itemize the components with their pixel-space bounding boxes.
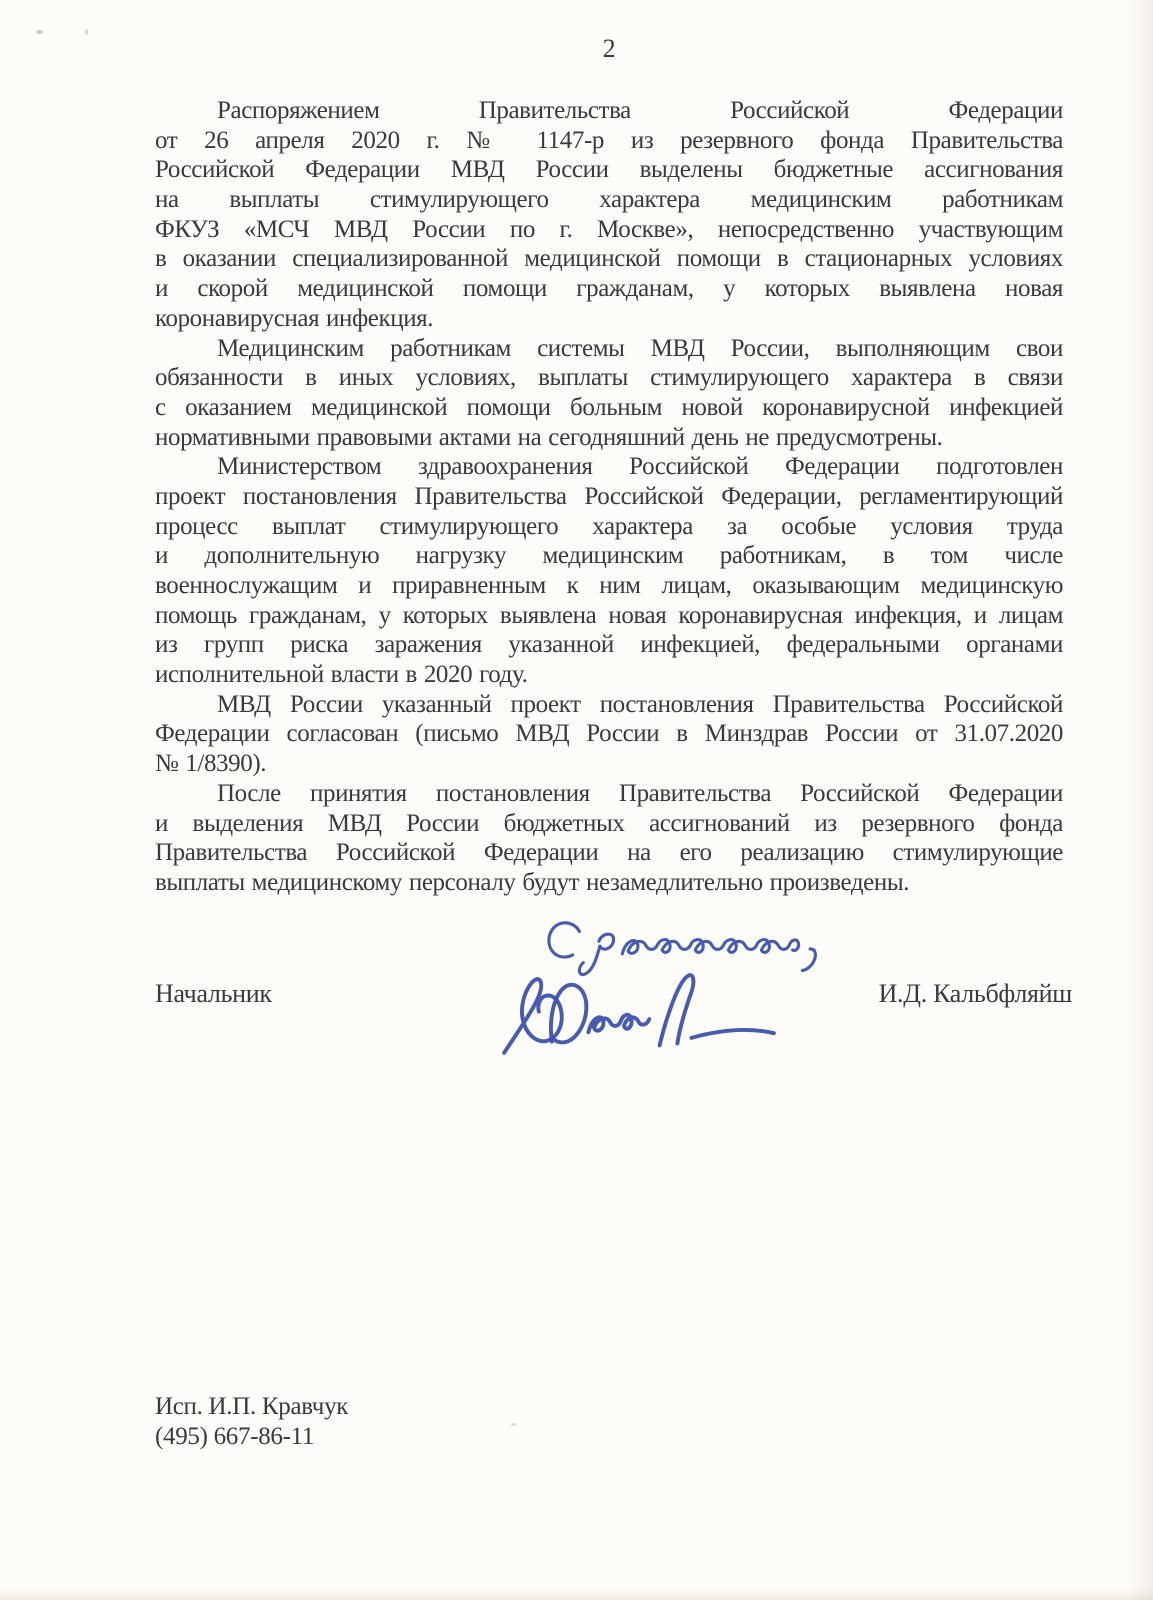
scan-speck [36, 30, 43, 34]
body-line: коронавирусная инфекция. [155, 304, 1063, 334]
body-line: Российской Федерации МВД России выделены… [155, 155, 1063, 185]
body-line: МВД России указанный проект постановлени… [155, 690, 1063, 720]
letter-body: Распоряжением Правительства Российской Ф… [155, 96, 1063, 898]
page-edge-shading [0, 1588, 1153, 1600]
body-line: от 26 апреля 2020 г. № 1147-р из резервн… [155, 126, 1063, 156]
scan-speck [85, 29, 88, 35]
body-line: После принятия постановления Правительст… [155, 779, 1063, 809]
body-line: Федерации согласован (письмо МВД России … [155, 719, 1063, 749]
body-line: на выплаты стимулирующего характера меди… [155, 185, 1063, 215]
body-line: процесс выплат стимулирующего характера … [155, 512, 1063, 542]
scanned-letter-page: 2 Распоряжением Правительства Российской… [0, 0, 1153, 1600]
signature-row: Начальник И.Д. Кальбфляйш [155, 979, 1072, 1009]
body-line: Министерством здравоохранения Российской… [155, 452, 1063, 482]
body-line: и скорой медицинской помощи гражданам, у… [155, 274, 1063, 304]
body-line: и выделения МВД России бюджетных ассигно… [155, 809, 1063, 839]
body-line: Распоряжением Правительства Российской Ф… [155, 96, 1063, 126]
body-line: военнослужащим и приравненным к ним лица… [155, 571, 1063, 601]
phone-line: (495) 667-86-11 [155, 1422, 348, 1452]
signer-role: Начальник [155, 979, 272, 1009]
signer-name: И.Д. Кальбфляйш [879, 979, 1072, 1009]
scan-speck [511, 1423, 516, 1426]
body-line: Медицинским работникам системы МВД Росси… [155, 334, 1063, 364]
body-line: выплаты медицинскому персоналу будут нез… [155, 868, 1063, 898]
body-line: помощь гражданам, у которых выявлена нов… [155, 601, 1063, 631]
executor-line: Исп. И.П. Кравчук [155, 1392, 348, 1422]
body-line: нормативными правовыми актами на сегодня… [155, 423, 1063, 453]
body-line: проект постановления Правительства Росси… [155, 482, 1063, 512]
body-line: из групп риска заражения указанной инфек… [155, 630, 1063, 660]
body-line: с оказанием медицинской помощи больным н… [155, 393, 1063, 423]
body-line: Правительства Российской Федерации на ег… [155, 838, 1063, 868]
body-line: и дополнительную нагрузку медицинским ра… [155, 541, 1063, 571]
body-line: № 1/8390). [155, 749, 1063, 779]
body-line: в оказании специализированной медицинско… [155, 244, 1063, 274]
signature-scrawl [498, 962, 780, 1065]
body-line: обязанности в иных условиях, выплаты сти… [155, 363, 1063, 393]
body-line: ФКУЗ «МСЧ МВД России по г. Москве», непо… [155, 215, 1063, 245]
body-line: исполнительной власти в 2020 году. [155, 660, 1063, 690]
page-edge-shading [1127, 0, 1153, 1600]
page-number: 2 [155, 34, 1063, 64]
footer-block: Исп. И.П. Кравчук (495) 667-86-11 [155, 1392, 348, 1452]
